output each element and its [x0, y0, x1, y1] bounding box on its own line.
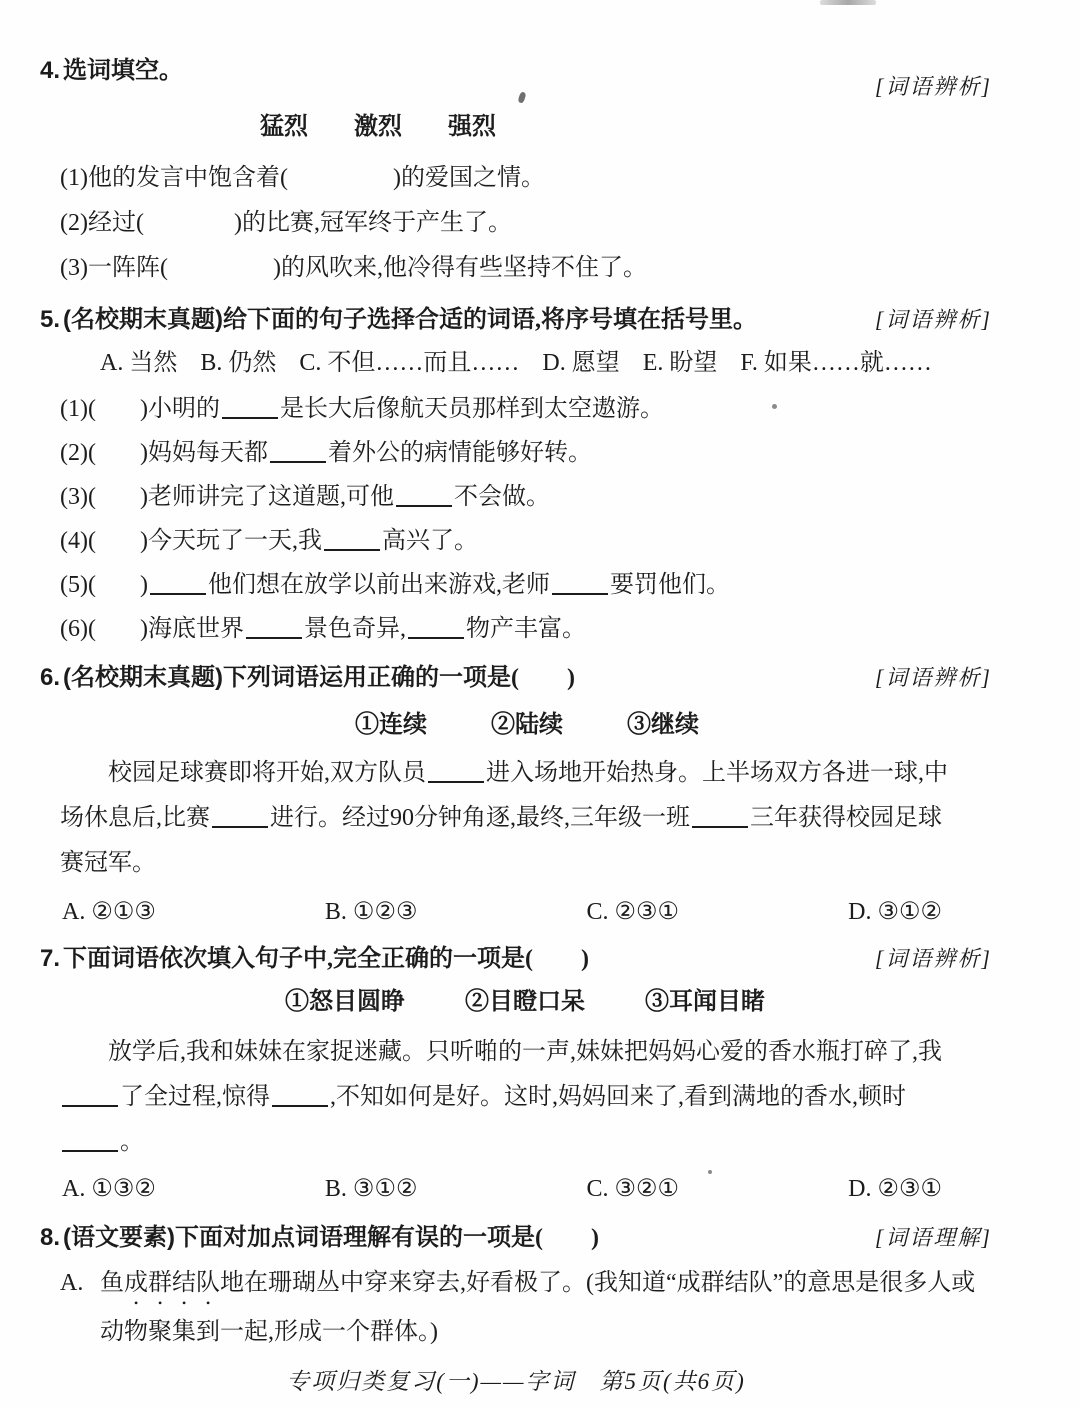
blank-line [692, 821, 748, 828]
passage: 放学后,我和妹妹在家捉迷藏。只听啪的一声,妹妹把妈妈心爱的香水瓶打碎了,我 了全… [60, 1030, 992, 1165]
passage-line: 校园足球赛即将开始,双方队员进入场地开始热身。上半场双方各进一球,中 [60, 751, 992, 796]
option-item: D. ③①② [848, 894, 942, 930]
question-6: 6.(名校期末真题)下列词语运用正确的一项是( ) [词语辨析] ①连续 ②陆续… [40, 661, 992, 930]
question-5-title: 5.(名校期末真题)给下面的句子选择合适的词语,将序号填在括号里。 [40, 303, 757, 337]
word-bank-item: ②目瞪口呆 [465, 984, 585, 1020]
choice-item: D. 愿望 [542, 345, 619, 381]
question-8: 8.(语文要素)下面对加点词语理解有误的一项是( ) [词语理解] A. 鱼成群… [40, 1221, 992, 1355]
choice-bank: A. 当然 B. 仍然 C. 不但……而且…… D. 愿望 E. 盼望 F. 如… [100, 345, 992, 381]
item-text: (5)( [60, 572, 96, 598]
passage-text: 进入场地开始热身。上半场双方各进一球,中 [486, 760, 948, 786]
footer-title: 专项归类复习(一)——字词 [286, 1367, 575, 1397]
choice-item: E. 盼望 [643, 345, 718, 381]
topic-tag: [词语辨析] [875, 661, 992, 695]
item-text: (2)( [60, 440, 96, 466]
question-7-title: 7.下面词语依次填入句子中,完全正确的一项是( ) [40, 942, 589, 976]
passage-line: 赛冠军。 [60, 841, 992, 886]
word-bank-item: ①怒目圆睁 [285, 984, 405, 1020]
option-text-rest: 地在珊瑚丛中穿来穿去,好看极了。(我知道“成群结队”的意思是很多人或 [220, 1270, 975, 1296]
question-5-header: 5.(名校期末真题)给下面的句子选择合适的词语,将序号填在括号里。 [词语辨析] [40, 303, 992, 337]
item-text: )妈妈每天都 [140, 440, 268, 466]
blank-line [272, 1100, 328, 1107]
question-item: (6)()海底世界景色奇异,物产丰富。 [60, 607, 992, 651]
emphasized-word: 成群结队 [124, 1270, 220, 1296]
option-item: C. ②③① [587, 894, 680, 930]
question-number: 7. [40, 945, 60, 972]
question-4: 4.选词填空。 [词语辨析] 猛烈 激烈 强烈 (1)他的发言中饱含着()的爱国… [40, 54, 992, 291]
scan-speck [708, 1170, 712, 1174]
passage-text: 校园足球赛即将开始,双方队员 [108, 760, 426, 786]
blank-line [324, 544, 380, 551]
options-row: A. ①③② B. ③①② C. ③②① D. ②③① [62, 1171, 942, 1207]
item-text: 高兴了。 [382, 528, 478, 554]
blank-line [552, 588, 608, 595]
question-item: (5)()他们想在放学以前出来游戏,老师要罚他们。 [60, 563, 992, 607]
question-number: 6. [40, 664, 60, 691]
question-title-text: 下面词语依次填入句子中,完全正确的一项是( ) [63, 946, 589, 972]
item-text: (3)( [60, 484, 96, 510]
passage-text: 场休息后,比赛 [60, 805, 210, 831]
option-item: C. ③②① [587, 1171, 680, 1207]
question-title-text: 选词填空。 [63, 57, 183, 84]
topic-tag: [词语辨析] [875, 303, 992, 337]
option-text-pre: 鱼 [100, 1270, 124, 1296]
question-item: (2)()妈妈每天都着外公的病情能够好转。 [60, 431, 992, 475]
options-row: A. ②①③ B. ①②③ C. ②③① D. ③①② [62, 894, 942, 930]
scan-artifact-bar [820, 0, 876, 5]
option-item: A. ①③② [62, 1171, 156, 1207]
choice-item: F. 如果……就…… [740, 345, 931, 381]
question-8-header: 8.(语文要素)下面对加点词语理解有误的一项是( ) [词语理解] [40, 1221, 992, 1255]
question-title-text: 下列词语运用正确的一项是( ) [223, 665, 575, 691]
blank-line [428, 776, 484, 783]
topic-tag: [词语理解] [875, 1221, 992, 1255]
passage-line: 场休息后,比赛进行。经过90分钟角逐,最终,三年级一班三年获得校园足球 [60, 796, 992, 841]
footer-page-number: 第5页(共6页) [599, 1367, 745, 1397]
question-6-title: 6.(名校期末真题)下列词语运用正确的一项是( ) [40, 661, 575, 695]
item-text: 不会做。 [454, 484, 550, 510]
option-item: B. ③①② [325, 1171, 418, 1207]
question-item: (2)经过()的比赛,冠军终于产生了。 [60, 201, 992, 246]
question-item: (1)他的发言中饱含着()的爱国之情。 [60, 156, 992, 201]
passage-text: 放学后,我和妹妹在家捉迷藏。只听啪的一声,妹妹把妈妈心爱的香水瓶打碎了,我 [108, 1039, 942, 1065]
option-item: A. ②①③ [62, 894, 156, 930]
option-a-block: A. 鱼成群结队地在珊瑚丛中穿来穿去,好看极了。(我知道“成群结队”的意思是很多… [40, 1261, 992, 1355]
item-text: )今天玩了一天,我 [140, 528, 322, 554]
passage-text: 。 [120, 1129, 144, 1155]
word-bank-item: ③继续 [627, 707, 699, 743]
blank-line [396, 500, 452, 507]
blank-line [62, 1100, 118, 1107]
item-text: 景色奇异, [304, 616, 406, 642]
question-source-label: (语文要素) [63, 1224, 175, 1251]
passage-text: ,不知如何是好。这时,妈妈回来了,看到满地的香水,顿时 [330, 1084, 906, 1110]
blank-line [222, 412, 278, 419]
passage-text: 赛冠军。 [60, 850, 156, 876]
topic-tag: [词语辨析] [875, 942, 992, 976]
word-bank-item: 猛烈 [260, 108, 308, 146]
blank-line [408, 632, 464, 639]
passage-line: 。 [60, 1120, 992, 1165]
passage-line: 放学后,我和妹妹在家捉迷藏。只听啪的一声,妹妹把妈妈心爱的香水瓶打碎了,我 [60, 1030, 992, 1075]
exam-page: 4.选词填空。 [词语辨析] 猛烈 激烈 强烈 (1)他的发言中饱含着()的爱国… [0, 0, 1080, 1408]
option-a-line-1: A. 鱼成群结队地在珊瑚丛中穿来穿去,好看极了。(我知道“成群结队”的意思是很多… [60, 1261, 992, 1310]
blank-line [246, 632, 302, 639]
passage-text: 了全过程,惊得 [120, 1084, 270, 1110]
blank-line [212, 821, 268, 828]
question-number: 4. [40, 57, 60, 84]
question-6-header: 6.(名校期末真题)下列词语运用正确的一项是( ) [词语辨析] [40, 661, 992, 695]
item-text: 着外公的病情能够好转。 [328, 440, 592, 466]
word-bank-item: 激烈 [354, 108, 402, 146]
question-source-label: (名校期末真题) [63, 306, 223, 333]
item-text: )海底世界 [140, 616, 244, 642]
passage-text: 三年获得校园足球 [750, 805, 942, 831]
word-bank-item: ①连续 [355, 707, 427, 743]
item-text: )的比赛,冠军终于产生了。 [234, 210, 512, 236]
question-4-title: 4.选词填空。 [40, 54, 183, 88]
question-item: (1)()小明的是长大后像航天员那样到太空遨游。 [60, 387, 992, 431]
option-item: D. ②③① [848, 1171, 942, 1207]
item-text: (1)( [60, 396, 96, 422]
choice-item: B. 仍然 [200, 345, 276, 381]
option-label: A. [60, 1261, 100, 1310]
option-item: B. ①②③ [325, 894, 418, 930]
passage-line: 了全过程,惊得,不知如何是好。这时,妈妈回来了,看到满地的香水,顿时 [60, 1075, 992, 1120]
blank-line [150, 588, 206, 595]
option-text: 鱼成群结队地在珊瑚丛中穿来穿去,好看极了。(我知道“成群结队”的意思是很多人或 [100, 1261, 975, 1310]
passage-text: 进行。经过90分钟角逐,最终,三年级一班 [270, 805, 690, 831]
word-bank: ①怒目圆睁 ②目瞪口呆 ③耳闻目睹 [285, 984, 992, 1020]
word-bank-item: ③耳闻目睹 [645, 984, 765, 1020]
item-text: (6)( [60, 616, 96, 642]
choice-item: A. 当然 [100, 345, 177, 381]
item-text: )小明的 [140, 396, 220, 422]
question-5-items: (1)()小明的是长大后像航天员那样到太空遨游。 (2)()妈妈每天都着外公的病… [60, 387, 992, 651]
question-title-text: 给下面的句子选择合适的词语,将序号填在括号里。 [223, 307, 757, 333]
question-number: 5. [40, 306, 60, 333]
question-item: (3)()老师讲完了这道题,可他不会做。 [60, 475, 992, 519]
item-text: (4)( [60, 528, 96, 554]
question-4-items: (1)他的发言中饱含着()的爱国之情。 (2)经过()的比赛,冠军终于产生了。 … [60, 156, 992, 291]
item-text: 是长大后像航天员那样到太空遨游。 [280, 396, 664, 422]
question-4-header: 4.选词填空。 [词语辨析] [40, 54, 992, 88]
item-text: )的爱国之情。 [393, 165, 545, 191]
word-bank: ①连续 ②陆续 ③继续 [355, 707, 992, 743]
item-text: )老师讲完了这道题,可他 [140, 484, 394, 510]
option-a-line-2: 动物聚集到一起,形成一个群体。) [100, 1310, 992, 1355]
question-source-label: (名校期末真题) [63, 664, 223, 691]
item-text: ) [140, 572, 148, 598]
question-title-text: 下面对加点词语理解有误的一项是( ) [175, 1225, 599, 1251]
choice-item: C. 不但……而且…… [299, 345, 519, 381]
item-text: (2)经过( [60, 210, 144, 236]
question-7: 7.下面词语依次填入句子中,完全正确的一项是( ) [词语辨析] ①怒目圆睁 ②… [40, 942, 992, 1207]
passage: 校园足球赛即将开始,双方队员进入场地开始热身。上半场双方各进一球,中 场休息后,… [60, 751, 992, 886]
question-8-title: 8.(语文要素)下面对加点词语理解有误的一项是( ) [40, 1221, 599, 1255]
word-bank-item: 强烈 [448, 108, 496, 146]
word-bank-item: ②陆续 [491, 707, 563, 743]
item-text: )的风吹来,他冷得有些坚持不住了。 [273, 255, 647, 281]
item-text: (3)一阵阵( [60, 255, 168, 281]
item-text: 物产丰富。 [466, 616, 586, 642]
question-5: 5.(名校期末真题)给下面的句子选择合适的词语,将序号填在括号里。 [词语辨析]… [40, 303, 992, 651]
question-item: (4)()今天玩了一天,我高兴了。 [60, 519, 992, 563]
question-7-header: 7.下面词语依次填入句子中,完全正确的一项是( ) [词语辨析] [40, 942, 992, 976]
item-text: (1)他的发言中饱含着( [60, 165, 288, 191]
blank-line [270, 456, 326, 463]
scan-speck [772, 404, 777, 409]
option-text: 动物聚集到一起,形成一个群体。) [100, 1319, 438, 1345]
word-bank: 猛烈 激烈 强烈 [260, 108, 992, 146]
question-item: (3)一阵阵()的风吹来,他冷得有些坚持不住了。 [60, 246, 992, 291]
item-text: 要罚他们。 [610, 572, 730, 598]
topic-tag: [词语辨析] [875, 70, 992, 104]
item-text: 他们想在放学以前出来游戏,老师 [208, 572, 550, 598]
question-number: 8. [40, 1224, 60, 1251]
page-footer: 专项归类复习(一)——字词 第5页(共6页) [40, 1367, 992, 1397]
blank-line [62, 1145, 118, 1152]
